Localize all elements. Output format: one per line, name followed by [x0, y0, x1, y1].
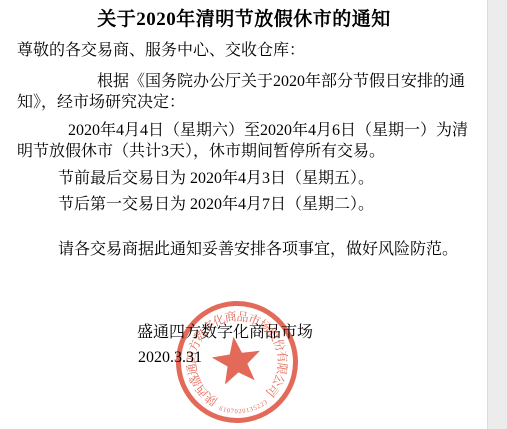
notice-title: 关于2020年清明节放假休市的通知 — [0, 8, 488, 32]
right-gutter — [487, 0, 507, 429]
signature-date: 2020.3.31 — [138, 349, 488, 366]
paragraph-last-trading-day: 节前最后交易日为 2020年4月3日（星期五）。 — [0, 168, 488, 189]
greeting-line: 尊敬的各交易商、服务中心、交收仓库： — [0, 40, 488, 61]
signature-org: 盛通四方数字化商品市场 — [137, 322, 488, 343]
paragraph-first-trading-day: 节后第一交易日为 2020年4月7日（星期二）。 — [0, 194, 488, 215]
paragraph-risk-advice: 请各交易商据此通知妥善安排各项事宜，做好风险防范。 — [0, 239, 488, 260]
paragraph-basis: 根据《国务院办公厅关于2020年部分节假日安排的通知》，经市场研究决定： — [0, 71, 488, 113]
paragraph-holiday-dates: 2020年4月4日（星期六）至2020年4月6日（星期一）为清明节放假休市（共计… — [0, 120, 488, 162]
notice-document: 关于2020年清明节放假休市的通知 尊敬的各交易商、服务中心、交收仓库： 根据《… — [0, 0, 488, 366]
